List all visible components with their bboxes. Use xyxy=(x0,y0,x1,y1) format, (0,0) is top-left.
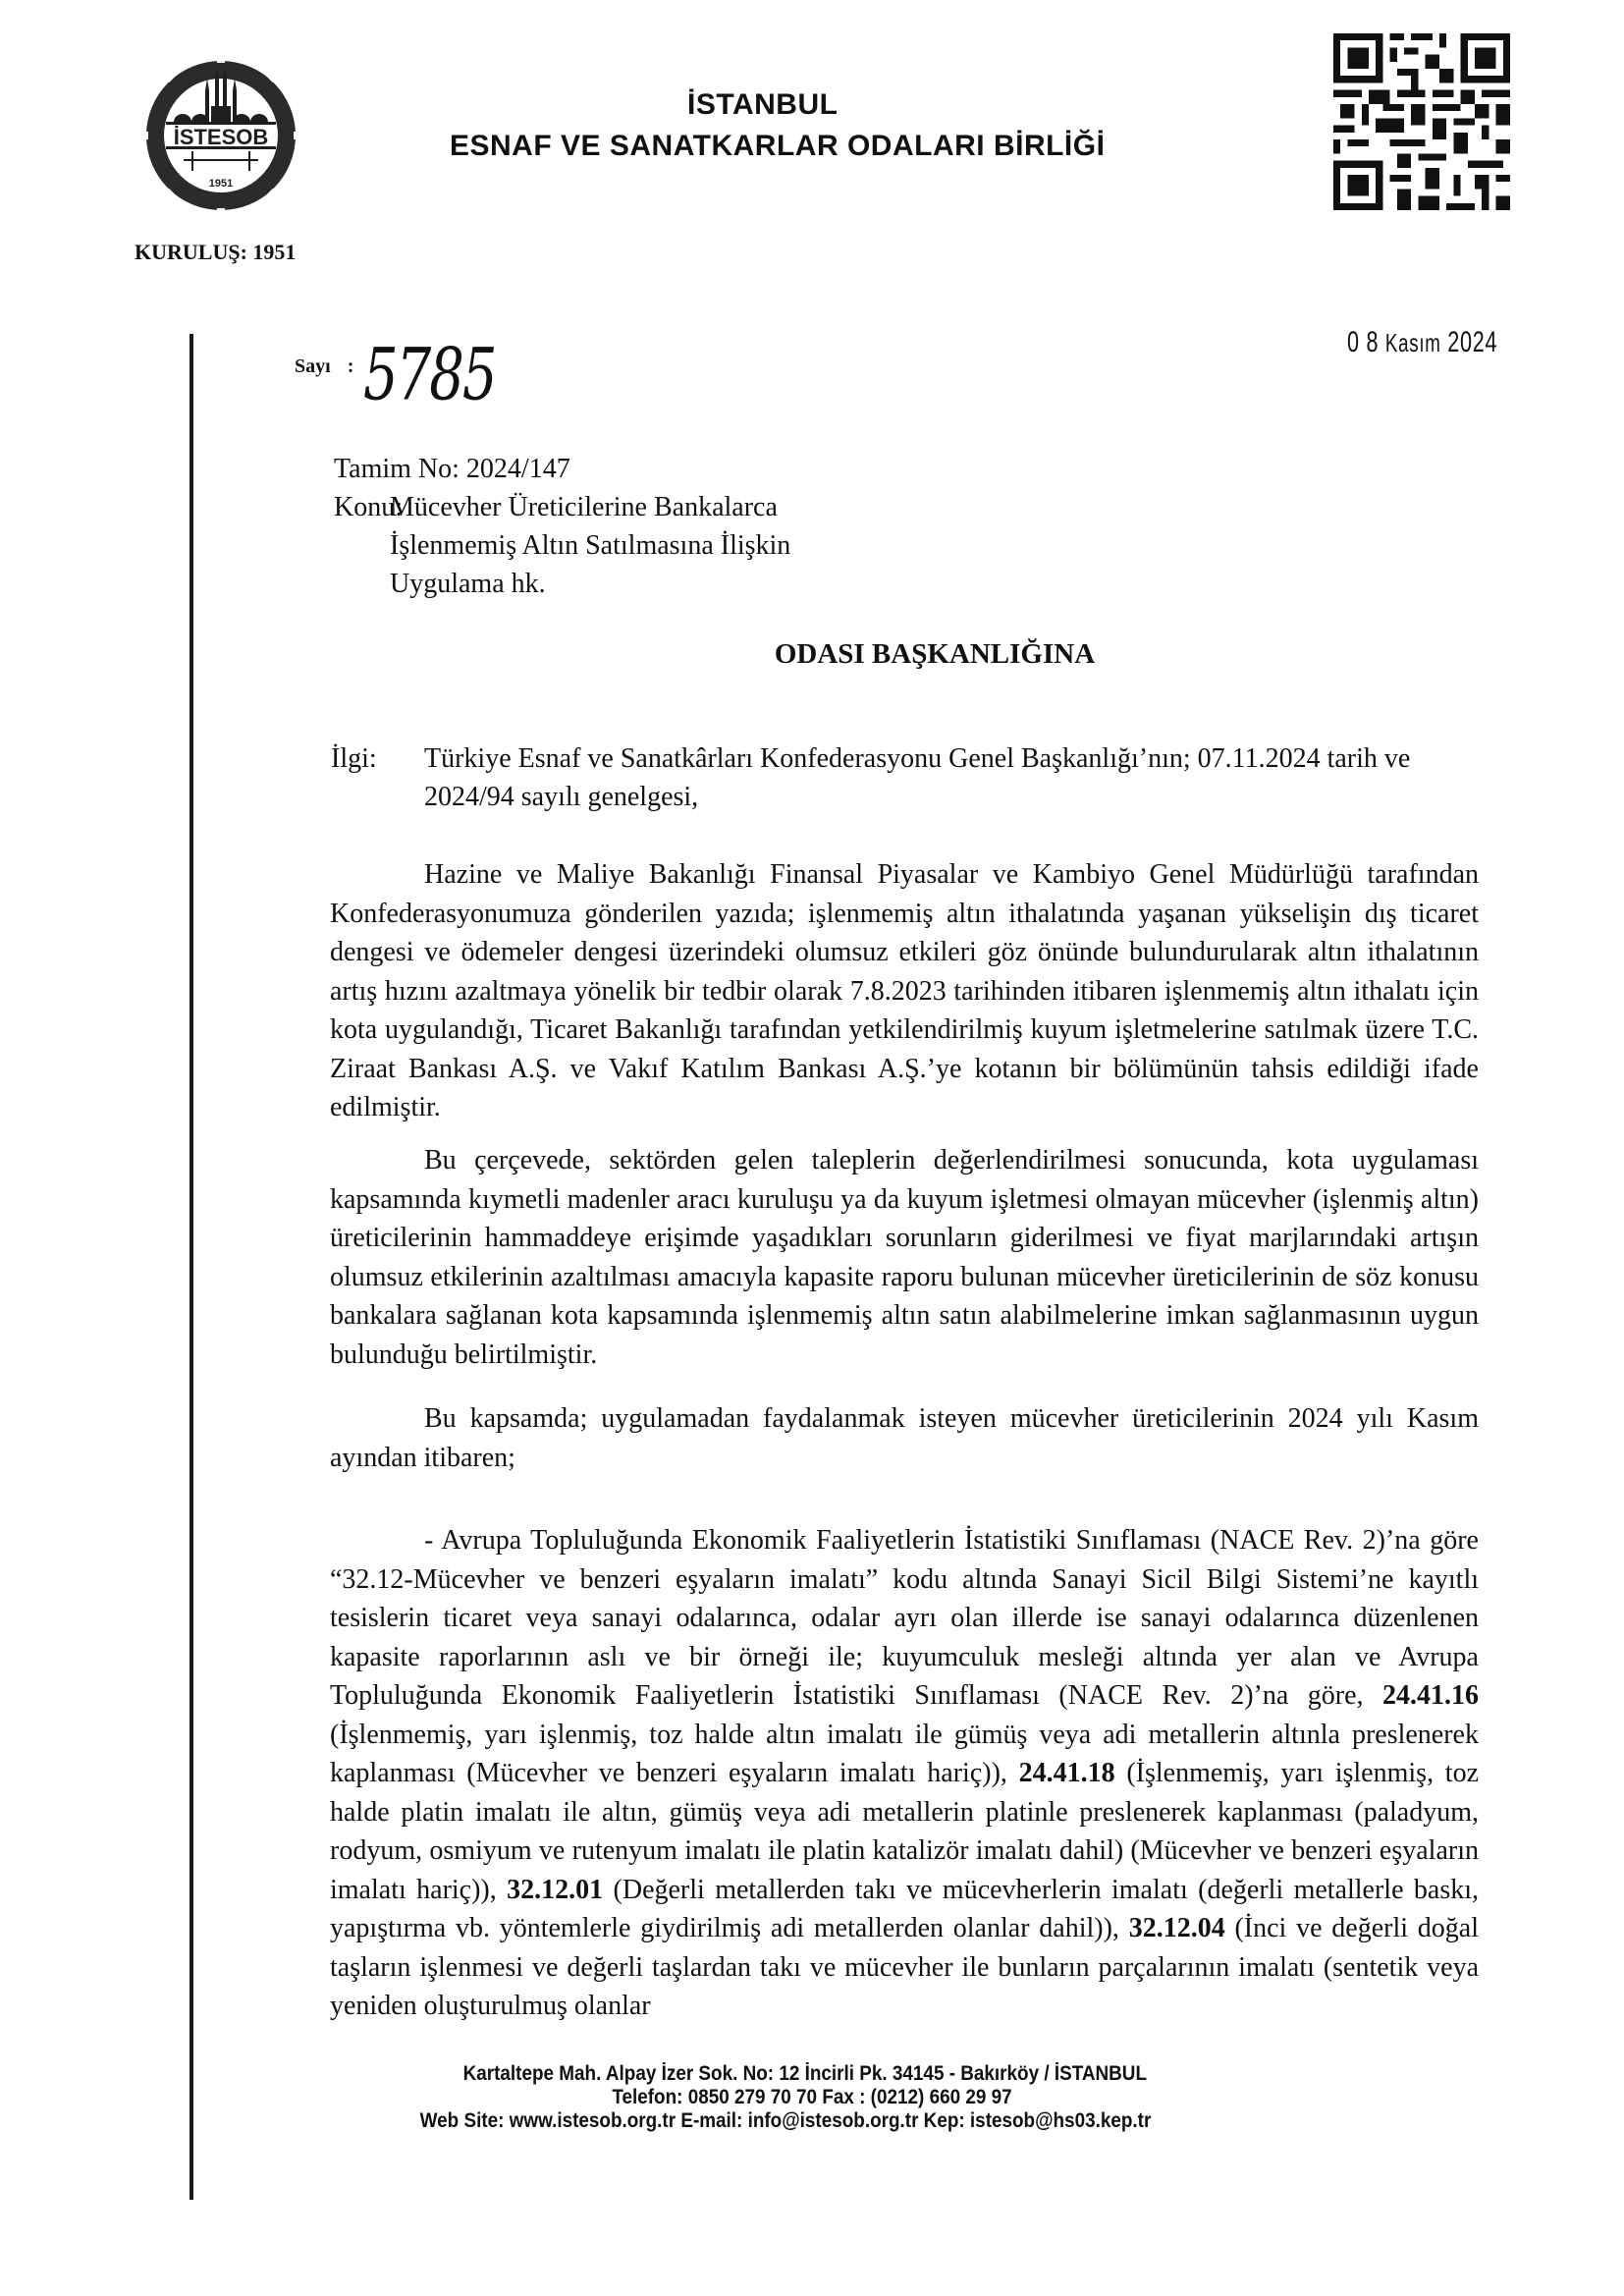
reference-number-label: Sayı : xyxy=(295,355,353,378)
reference-text: Türkiye Esnaf ve Sanatkârları Konfederas… xyxy=(424,739,1480,816)
sayi-label-text: Sayı xyxy=(295,355,331,377)
paragraph-segment: - Avrupa Topluluğunda Ekonomik Faaliyetl… xyxy=(330,1525,1479,1711)
left-margin-rule xyxy=(189,334,193,2200)
body-paragraph-4: - Avrupa Topluluğunda Ekonomik Faaliyetl… xyxy=(330,1521,1479,2026)
date-month: Kasım xyxy=(1385,328,1441,357)
nace-code: 32.12.04 xyxy=(1129,1913,1225,1943)
subject-line: İşlenmemiş Altın Satılmasına İlişkin xyxy=(390,526,1077,565)
footer-contact: Kartaltepe Mah. Alpay İzer Sok. No: 12 İ… xyxy=(81,2062,1543,2133)
reference-number-handwritten: 5785 xyxy=(363,334,496,417)
body-paragraph-3: Bu kapsamda; uygulamadan faydalanmak ist… xyxy=(330,1399,1479,1477)
date-day: 0 8 xyxy=(1347,326,1379,358)
founded-label: KURULUŞ: 1951 xyxy=(135,240,296,265)
footer-phone: Telefon: 0850 279 70 70 Fax : (0212) 660… xyxy=(81,2086,1543,2109)
salutation-text: ODASI BAŞKANLIĞINA xyxy=(775,638,1095,670)
circular-number: Tamim No: 2024/147 xyxy=(334,450,570,488)
istesob-logo: İSTESOB 1951 xyxy=(142,57,299,214)
org-city: İSTANBUL xyxy=(687,88,838,122)
sayi-separator: : xyxy=(348,355,354,377)
salutation: ODASI BAŞKANLIĞINA xyxy=(0,638,1624,671)
org-name: ESNAF VE SANATKARLAR ODALARI BİRLİĞİ xyxy=(450,130,1105,163)
subject-line: Mücevher Üreticilerine Bankalarca xyxy=(390,488,1077,526)
body-paragraph-2: Bu çerçevede, sektörden gelen taleplerin… xyxy=(330,1141,1479,1374)
reference-label: İlgi: xyxy=(331,739,377,778)
nace-code: 24.41.16 xyxy=(1382,1680,1479,1711)
nace-code: 32.12.01 xyxy=(507,1875,603,1905)
footer-address: Kartaltepe Mah. Alpay İzer Sok. No: 12 İ… xyxy=(75,2062,1537,2086)
svg-text:İSTESOB: İSTESOB xyxy=(174,125,269,149)
subject-line: Uygulama hk. xyxy=(390,565,1077,603)
nace-code: 24.41.18 xyxy=(1019,1758,1115,1788)
subject-text: Mücevher Üreticilerine Bankalarca İşlenm… xyxy=(390,488,1077,603)
qr-code-icon xyxy=(1333,33,1510,210)
date-year: 2024 xyxy=(1447,326,1497,358)
svg-text:1951: 1951 xyxy=(209,178,233,190)
body-paragraph-1: Hazine ve Maliye Bakanlığı Finansal Piya… xyxy=(330,855,1479,1127)
date-stamp: 0 8 Kasım 2024 xyxy=(1347,326,1497,359)
footer-web: Web Site: www.istesob.org.tr E-mail: inf… xyxy=(55,2109,1517,2133)
